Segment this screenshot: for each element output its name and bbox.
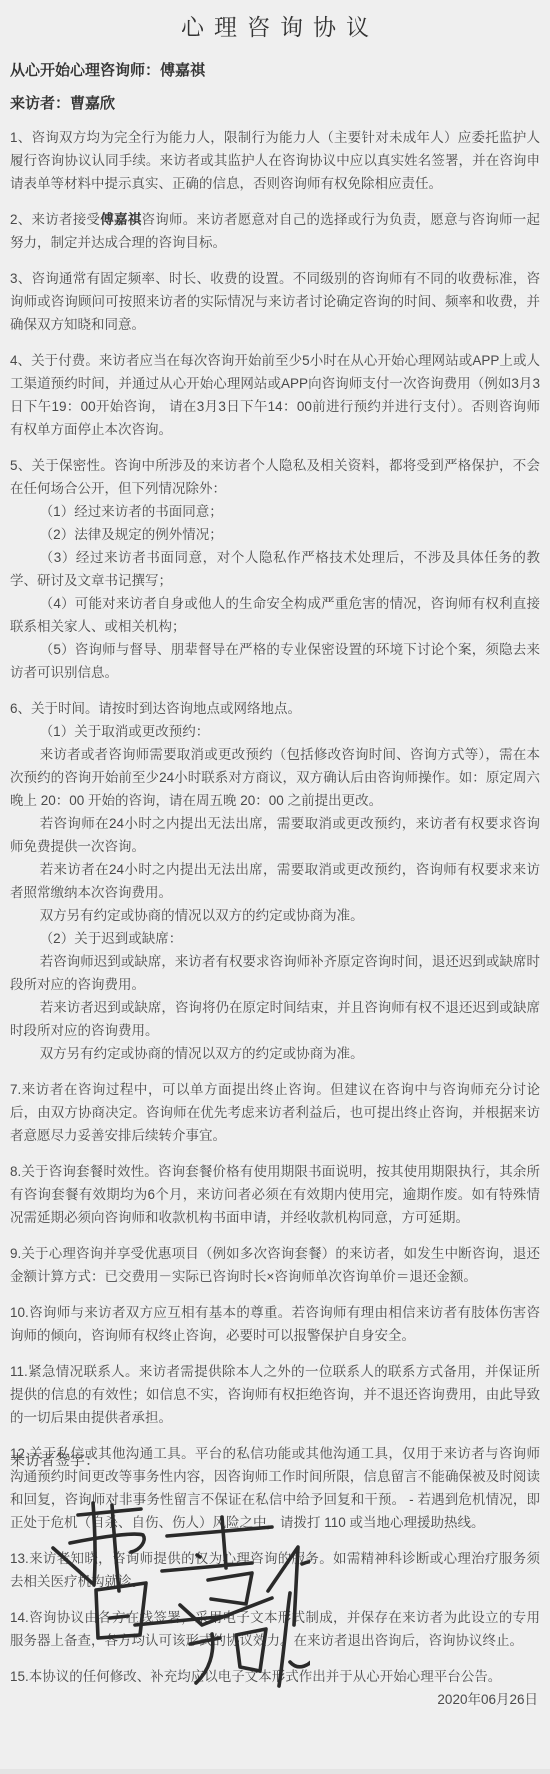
paragraph: 若来访者在24小时之内提出无法出席，需要取消或更改预约，咨询师有权要求来访者照常… (10, 858, 540, 904)
paragraph: （2）法律及规定的例外情况； (10, 523, 540, 546)
paragraph: 若来访者迟到或缺席，咨询将仍在原定时间结束，并且咨询师有权不退还迟到或缺席时段所… (10, 996, 540, 1042)
paragraph: 2、来访者接受傅嘉祺咨询师。来访者愿意对自己的选择或行为负责，愿意与咨询师一起努… (10, 208, 540, 254)
signature-label: 来访者签字： (10, 1449, 100, 1470)
paragraph: （3）经过来访者书面同意，对个人隐私作严格技术处理后，不涉及具体任务的教学、研讨… (10, 546, 540, 592)
visitor-line: 来访者：曹嘉欣 (0, 92, 550, 113)
paragraph: 5、关于保密性。咨询中所涉及的来访者个人隐私及相关资料，都将受到严格保护，不会在… (10, 454, 540, 500)
paragraph: 10.咨询师与来访者双方应互相有基本的尊重。若咨询师有理由相信来访者有肢体伤害咨… (10, 1301, 540, 1347)
paragraph: 6、关于时间。请按时到达咨询地点或网络地点。 (10, 697, 540, 720)
paragraph: 双方另有约定或协商的情况以双方的约定或协商为准。 (10, 1042, 540, 1065)
paragraph: 若咨询师迟到或缺席，来访者有权要求咨询师补齐原定咨询时间，退还迟到或缺席时段所对… (10, 950, 540, 996)
paragraph: 1、咨询双方均为完全行为能力人，限制行为能力人（主要针对未成年人）应委托监护人履… (10, 126, 540, 195)
paragraph: 4、关于付费。来访者应当在每次咨询开始前至少5小时在从心开始心理网站或APP上或… (10, 349, 540, 441)
paragraph: （4）可能对来访者自身或他人的生命安全构成严重危害的情况，咨询师有权利直接联系相… (10, 592, 540, 638)
paragraph: 若咨询师在24小时之内提出无法出席，需要取消或更改预约，来访者有权要求咨询师免费… (10, 812, 540, 858)
counselor-line: 从心开始心理咨询师：傅嘉祺 (0, 59, 550, 80)
paragraph: （1）关于取消或更改预约： (10, 720, 540, 743)
agreement-document: 心理咨询协议 从心开始心理咨询师：傅嘉祺 来访者：曹嘉欣 1、咨询双方均为完全行… (0, 0, 550, 1774)
paragraph: 11.紧急情况联系人。来访者需提供除本人之外的一位联系人的联系方式备用，并保证所… (10, 1360, 540, 1429)
paragraph: 9.关于心理咨询并享受优惠项目（例如多次咨询套餐）的来访者，如发生中断咨询，退还… (10, 1242, 540, 1288)
paragraph: 来访者或者咨询师需要取消或更改预约（包括修改咨询时间、咨询方式等），需在本次预约… (10, 743, 540, 812)
document-date: 2020年06月26日 (437, 1688, 538, 1708)
paragraph: 7.来访者在咨询过程中，可以单方面提出终止咨询。但建议在咨询中与咨询师充分讨论后… (10, 1078, 540, 1147)
paragraph: 双方另有约定或协商的情况以双方的约定或协商为准。 (10, 904, 540, 927)
paragraph: 3、咨询通常有固定频率、时长、收费的设置。不同级别的咨询师有不同的收费标准，咨询… (10, 267, 540, 336)
paragraph: （5）咨询师与督导、朋辈督导在严格的专业保密设置的环境下讨论个案，须隐去来访者可… (10, 638, 540, 684)
paragraph: 8.关于咨询套餐时效性。咨询套餐价格有使用期限书面说明，按其使用期限执行，其余所… (10, 1160, 540, 1229)
paragraph: （2）关于迟到或缺席： (10, 927, 540, 950)
document-title: 心理咨询协议 (0, 0, 550, 42)
bottom-edge-strip (0, 1769, 550, 1774)
signature-drawing (40, 1495, 310, 1695)
paragraph: （1）经过来访者的书面同意； (10, 500, 540, 523)
